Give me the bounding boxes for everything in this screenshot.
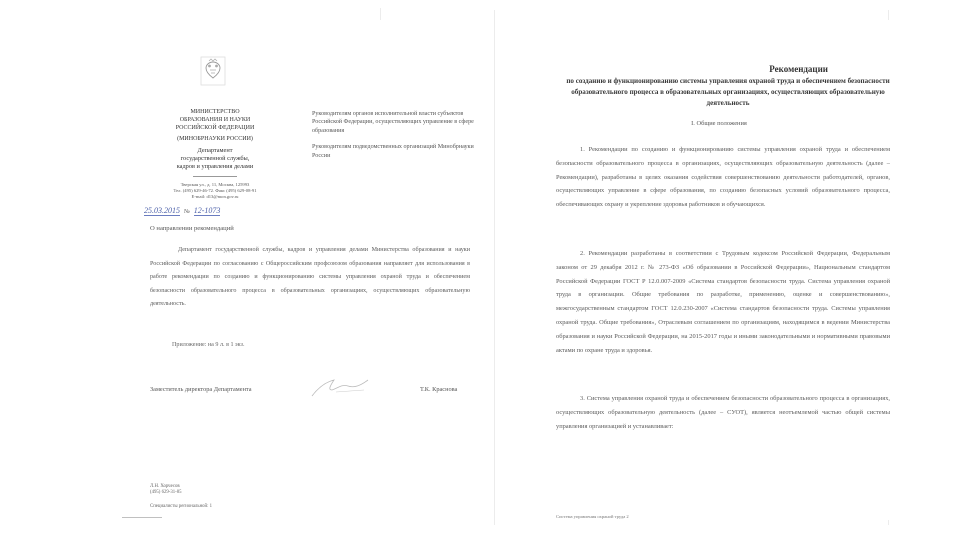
paragraph-2: 2. Рекомендации разработаны в соответств… xyxy=(556,247,890,357)
address-line: E-mail: d13@mon.gov.ru xyxy=(150,194,280,200)
doc-subtitle: по созданию и функционированию системы у… xyxy=(560,76,896,109)
addressee-block: Руководителям органов исполнительной вла… xyxy=(312,110,482,168)
reg-number: 12-1073 xyxy=(194,206,221,216)
org-line: (МИНОБРНАУКИ РОССИИ) xyxy=(150,135,280,143)
paragraph-1: 1. Рекомендации по созданию и функционир… xyxy=(556,143,890,212)
doc-title: Рекомендации xyxy=(520,64,890,74)
reg-number-sign: № xyxy=(184,209,190,215)
org-line: МИНИСТЕРСТВО xyxy=(150,108,280,116)
recommendations-page: Рекомендации по созданию и функционирова… xyxy=(520,20,890,520)
signer-title: Заместитель директора Департамента xyxy=(150,386,252,393)
org-line: ОБРАЗОВАНИЯ И НАУКИ xyxy=(150,116,280,124)
attachment-note: Приложение: на 9 л. в 1 экз. xyxy=(172,342,244,348)
dept-line: кадров и управления делами xyxy=(150,163,280,171)
org-line: РОССИЙСКОЙ ФЕДЕРАЦИИ xyxy=(150,124,280,132)
coat-of-arms-icon xyxy=(200,56,226,86)
divider xyxy=(193,176,237,177)
dept-line: Департамент xyxy=(150,147,280,155)
executor-info: Л.Н. Хорчесов (495) 629-31-85 Специалист… xyxy=(150,484,212,511)
ministry-letterhead: МИНИСТЕРСТВО ОБРАЗОВАНИЯ И НАУКИ РОССИЙС… xyxy=(150,108,280,200)
reg-date: 25.03.2015 xyxy=(144,206,180,216)
executor-phone: (495) 629-31-85 xyxy=(150,490,212,496)
addressee-regional: Руководителям органов исполнительной вла… xyxy=(312,110,482,135)
footer-rule xyxy=(122,517,162,518)
section-heading: I. Общие положения xyxy=(520,120,890,127)
addressee-subordinate: Руководителям подведомственных организац… xyxy=(312,143,482,160)
paragraph-3: 3. Система управления охраной труда и об… xyxy=(556,392,890,433)
dept-line: государственной службы, xyxy=(150,155,280,163)
letter-body: Департамент государственной службы, кадр… xyxy=(150,244,470,312)
cover-letter-page: МИНИСТЕРСТВО ОБРАЗОВАНИЯ И НАУКИ РОССИЙС… xyxy=(120,20,490,520)
executor-note: Специалисты региональной: 1 xyxy=(150,504,212,510)
signer-name: Т.К. Краснова xyxy=(420,386,457,393)
signature-icon xyxy=(308,374,378,400)
page-edge-line xyxy=(494,10,495,525)
registration-stamp: 25.03.2015 № 12-1073 xyxy=(144,206,274,215)
letter-subject: О направлении рекомендаций xyxy=(150,225,234,232)
page-footer: Система управления охраной труда 2 xyxy=(556,514,629,519)
